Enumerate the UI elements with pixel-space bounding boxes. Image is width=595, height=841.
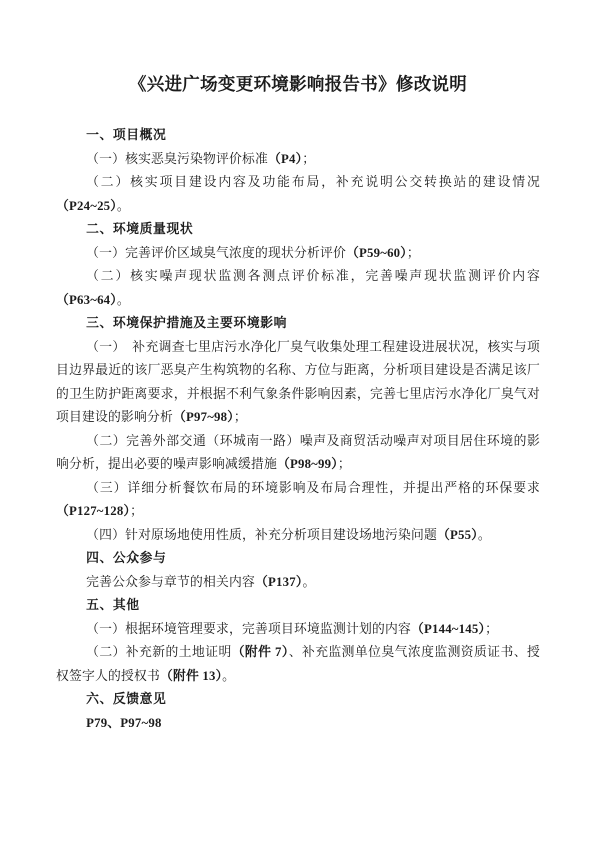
page-reference-run: P79、P97~98 xyxy=(86,716,161,730)
text-run: （三）详细分析餐饮布局的环境影响及布局合理性，并提出严格的环保要求 xyxy=(86,481,540,495)
text-run: （二）核实噪声现状监测各测点评价标准，完善噪声现状监测评价内容 xyxy=(86,269,540,283)
page-reference-run: 一、项目概况 xyxy=(86,128,166,142)
paragraph: （四）针对原场地使用性质，补充分析项目建设场地污染问题（P55）。 xyxy=(56,524,540,548)
text-run: ； xyxy=(302,152,315,166)
paragraph: （二）核实项目建设内容及功能布局，补充说明公交转换站的建设情况（P24~25）。 xyxy=(56,171,540,218)
paragraph: （三）详细分析餐饮布局的环境影响及布局合理性，并提出严格的环保要求（P127~1… xyxy=(56,477,540,524)
paragraph: （一）根据环境管理要求，完善项目环境监测计划的内容（P144~145）； xyxy=(56,618,540,642)
page-reference-run: （P24~25） xyxy=(56,199,117,213)
section-heading: 三、环境保护措施及主要环境影响 xyxy=(56,312,540,336)
paragraph: P79、P97~98 xyxy=(56,712,540,736)
page-reference-run: （P137） xyxy=(255,575,302,589)
section-heading: 五、其他 xyxy=(56,594,540,618)
page-reference-run: 二、环境质量现状 xyxy=(86,222,193,236)
page-reference-run: 六、反馈意见 xyxy=(86,692,166,706)
page-reference-run: （P55） xyxy=(437,528,478,542)
text-run: （一） 补充调查七里店污水净化厂臭气收集处理工程建设进展状况，核实与项目边界最近… xyxy=(56,340,540,425)
page-reference-run: （P127~128） xyxy=(56,504,130,518)
text-run: ； xyxy=(485,622,498,636)
text-run: 。 xyxy=(117,293,130,307)
text-run: ； xyxy=(407,246,420,260)
page-reference-run: （P98~99） xyxy=(277,457,338,471)
text-run: （二）核实项目建设内容及功能布局，补充说明公交转换站的建设情况 xyxy=(86,175,540,189)
text-run: ； xyxy=(234,410,247,424)
paragraph: 完善公众参与章节的相关内容（P137）。 xyxy=(56,571,540,595)
page-reference-run: （P144~145） xyxy=(411,622,485,636)
page-reference-run: （附件 13） xyxy=(160,669,222,683)
document-page: 《兴进广场变更环境影响报告书》修改说明 一、项目概况（一）核实恶臭污染物评价标准… xyxy=(0,0,595,841)
text-run: （一）核实恶臭污染物评价标准 xyxy=(86,152,268,166)
paragraph: （二）补充新的土地证明（附件 7）、补充监测单位臭气浓度监测资质证书、授权签字人… xyxy=(56,641,540,688)
text-run: ； xyxy=(338,457,351,471)
text-run: 。 xyxy=(117,199,130,213)
text-run: 。 xyxy=(222,669,235,683)
paragraph: （一） 补充调查七里店污水净化厂臭气收集处理工程建设进展状况，核实与项目边界最近… xyxy=(56,336,540,430)
document-title: 《兴进广场变更环境影响报告书》修改说明 xyxy=(56,72,540,96)
section-heading: 四、公众参与 xyxy=(56,547,540,571)
page-reference-run: （P4） xyxy=(268,152,302,166)
text-run: 。 xyxy=(302,575,315,589)
paragraph: （一）核实恶臭污染物评价标准（P4）； xyxy=(56,148,540,172)
page-reference-run: （P59~60） xyxy=(346,246,407,260)
paragraph: （一）完善评价区域臭气浓度的现状分析评价（P59~60）； xyxy=(56,242,540,266)
text-run: （一）根据环境管理要求，完善项目环境监测计划的内容 xyxy=(86,622,411,636)
text-run: （四）针对原场地使用性质，补充分析项目建设场地污染问题 xyxy=(86,528,437,542)
text-run: （一）完善评价区域臭气浓度的现状分析评价 xyxy=(86,246,346,260)
text-run: 完善公众参与章节的相关内容 xyxy=(86,575,255,589)
page-reference-run: （P63~64） xyxy=(56,293,117,307)
text-run: ； xyxy=(130,504,143,518)
page-reference-run: （附件 7） xyxy=(232,645,289,659)
document-body: 一、项目概况（一）核实恶臭污染物评价标准（P4）；（二）核实项目建设内容及功能布… xyxy=(56,124,540,735)
page-reference-run: （P97~98） xyxy=(173,410,234,424)
text-run: （二）补充新的土地证明 xyxy=(86,645,232,659)
paragraph: （二）完善外部交通（环城南一路）噪声及商贸活动噪声对项目居住环境的影响分析，提出… xyxy=(56,430,540,477)
section-heading: 六、反馈意见 xyxy=(56,688,540,712)
page-reference-run: 五、其他 xyxy=(86,598,140,612)
section-heading: 二、环境质量现状 xyxy=(56,218,540,242)
page-reference-run: 四、公众参与 xyxy=(86,551,166,565)
section-heading: 一、项目概况 xyxy=(56,124,540,148)
paragraph: （二）核实噪声现状监测各测点评价标准，完善噪声现状监测评价内容（P63~64）。 xyxy=(56,265,540,312)
text-run: 。 xyxy=(478,528,491,542)
page-reference-run: 三、环境保护措施及主要环境影响 xyxy=(86,316,287,330)
